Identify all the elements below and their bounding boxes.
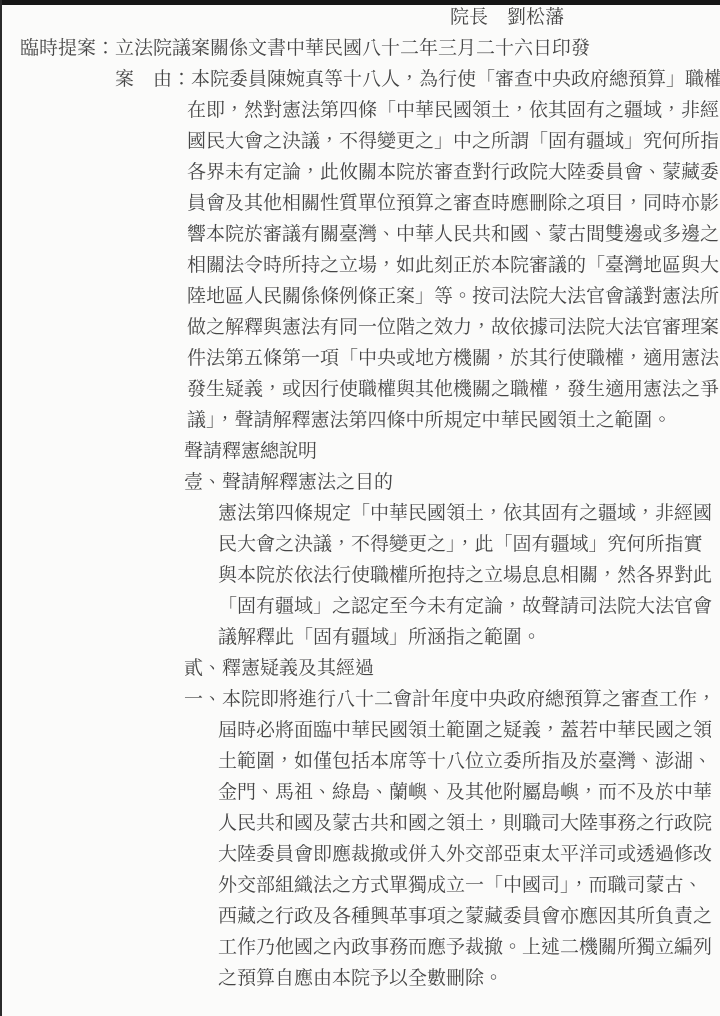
- document-line: 各界未有定論，此攸關本院於審查對行政院大陸委員會、蒙藏委: [0, 157, 720, 188]
- document-line: 工作乃他國之內政事務而應予裁撤。上述二機關所獨立編列: [0, 932, 720, 963]
- document-line: 案 由：本院委員陳婉真等十八人，為行使「審查中央政府總預算」職權: [0, 64, 720, 95]
- document-line: 在即，然對憲法第四條「中華民國領土，依其固有之疆域，非經: [0, 95, 720, 126]
- document-line: 陸地區人民關係條例條正案」等。按司法院大法官會議對憲法所: [0, 281, 720, 312]
- document-line: 屆時必將面臨中華民國領土範圍之疑義，蓋若中華民國之領: [0, 715, 720, 746]
- document-line: 臨時提案：立法院議案關係文書中華民國八十二年三月二十六日印發: [0, 33, 720, 64]
- document-line: 發生疑義，或因行使職權與其他機關之職權，發生適用憲法之爭: [0, 374, 720, 405]
- document-line: 金門、馬祖、綠島、蘭嶼、及其他附屬島嶼，而不及於中華: [0, 777, 720, 808]
- document-line: 人民共和國及蒙古共和國之領土，則職司大陸事務之行政院: [0, 808, 720, 839]
- document-line: 壹、聲請解釋憲法之目的: [0, 467, 720, 498]
- document-line: 員會及其他相關性質單位預算之審查時應刪除之項目，同時亦影: [0, 188, 720, 219]
- document-line: 響本院於審議有關臺灣、中華人民共和國、蒙古間雙邊或多邊之: [0, 219, 720, 250]
- document-line: 聲請釋憲總說明: [0, 436, 720, 467]
- document-line: 一、本院即將進行八十二會計年度中央政府總預算之審查工作，: [0, 684, 720, 715]
- document-line: 貳、釋憲疑義及其經過: [0, 653, 720, 684]
- document-line: 相關法令時所持之立場，如此刻正於本院審議的「臺灣地區與大: [0, 250, 720, 281]
- document-line: 土範圍，如僅包括本席等十八位立委所指及於臺灣、澎湖、: [0, 746, 720, 777]
- scanned-document-page: { "colors": { "background": "#fbfbfa", "…: [0, 0, 720, 1016]
- document-line: 大陸委員會即應裁撤或併入外交部亞東太平洋司或透過修改: [0, 839, 720, 870]
- document-line: 之預算自應由本院予以全數刪除。: [0, 963, 720, 994]
- document-line: 外交部組織法之方式單獨成立一「中國司」，而職司蒙古、: [0, 870, 720, 901]
- document-line: 與本院於依法行使職權所抱持之立場息息相關，然各界對此: [0, 560, 720, 591]
- document-line: 「固有疆域」之認定至今未有定論，故聲請司法院大法官會: [0, 591, 720, 622]
- document-line: 西藏之行政及各種興革事項之蒙藏委員會亦應因其所負責之: [0, 901, 720, 932]
- document-line: 民大會之決議，不得變更之」，此「固有疆域」究何所指實: [0, 529, 720, 560]
- document-text-block: 院長 劉松藩臨時提案：立法院議案關係文書中華民國八十二年三月二十六日印發案 由：…: [0, 2, 720, 994]
- document-line: 議解釋此「固有疆域」所涵指之範圍。: [0, 622, 720, 653]
- document-line: 件法第五條第一項「中央或地方機關，於其行使職權，適用憲法: [0, 343, 720, 374]
- document-line: 院長 劉松藩: [0, 2, 720, 33]
- document-line: 做之解釋與憲法有同一位階之效力，故依據司法院大法官審理案: [0, 312, 720, 343]
- document-line: 議」，聲請解釋憲法第四條中所規定中華民國領土之範圍。: [0, 405, 720, 436]
- document-line: 國民大會之決議，不得變更之」中之所謂「固有疆域」究何所指: [0, 126, 720, 157]
- document-line: 憲法第四條規定「中華民國領土，依其固有之疆域，非經國: [0, 498, 720, 529]
